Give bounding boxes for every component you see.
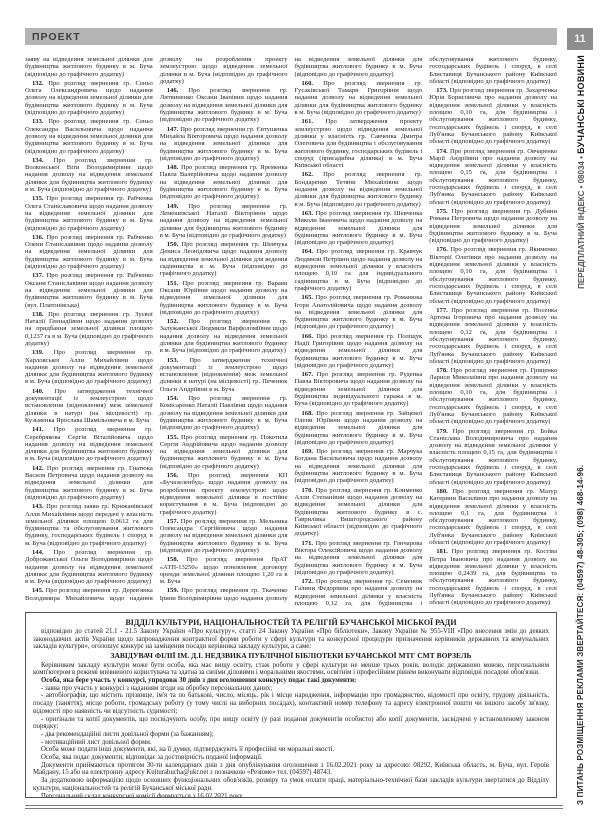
agenda-item: 134. Про розгляд звернення гр. Волконськ… [25, 157, 153, 193]
announcement-box: ВІДДІЛ КУЛЬТУРИ, НАЦІОНАЛЬНОСТЕЙ ТА РЕЛІ… [25, 612, 557, 798]
agenda-item: 175. Про розгляд звернення гр. Дубини Ро… [429, 208, 557, 244]
agenda-item: 136. Про розгляд звернення гр. Рабченко … [25, 234, 153, 270]
agenda-columns: заяву на відведення земельної ділянки дл… [25, 56, 557, 608]
agenda-item: 148. Про розгляд звернення гр. Яременка … [160, 164, 288, 200]
agenda-item: 174. Про розгляд звернення гр. Овчаренко… [429, 148, 557, 206]
agenda-item: 158. Про розгляд звернення ПрАТ «АТП-132… [160, 556, 288, 585]
page-title: ПРОЕКТ [25, 31, 81, 43]
agenda-item: 141. Про розгляд звернення гр. Серебряко… [25, 426, 153, 462]
agenda-item: 170. Про розгляд звернення гр. Клименко … [295, 487, 423, 538]
agenda-item: 143. Про розгляд заяви гр. Крижанівської… [25, 503, 153, 547]
agenda-item: 160. Про розгляд звернення гр. Гусаківсь… [295, 80, 423, 116]
agenda-item: 161. Про затвердження проекту землеустро… [295, 118, 423, 169]
announcement-notes: Особа може подати інші документи, які, н… [33, 746, 549, 798]
announcement-title: ВІДДІЛ КУЛЬТУРИ, НАЦІОНАЛЬНОСТЕЙ ТА РЕЛІ… [33, 618, 549, 627]
document-list-item: - заява про участь у конкурсі з наданням… [33, 685, 549, 693]
announcement-requirements: Керівником закладу культури може бути ос… [33, 662, 549, 677]
agenda-item: 176. Про розгляд звернення гр. Якименко … [429, 246, 557, 304]
agenda-item: 171. Про розгляд звернення гр. Гончарова… [295, 540, 423, 576]
agenda-item: 180. Про розгляд звернення гр. Мазур Кат… [429, 488, 557, 546]
agenda-item: 132. Про розгляд звернення гр. Сеньо Оле… [25, 80, 153, 116]
agenda-item: 157. Про розгляд звернення гр. Мельника … [160, 518, 288, 554]
agenda-item: 153. Про затвердження технічної документ… [160, 357, 288, 393]
agenda-item: 166. Про розгляд звернення гр. Поліщук Н… [295, 333, 423, 369]
announcement-note: Особа, яка подає документи, відповідає з… [33, 754, 549, 762]
agenda-item: 169. Про розгляд звернення гр. Марчука Б… [295, 448, 423, 484]
agenda-item: 152. Про розгляд звернення гр. Залужансь… [160, 318, 288, 354]
agenda-item: 135. Про розгляд звернення гр. Рабченка … [25, 195, 153, 231]
announcement-position: ЗАВІДУВАЧ ФІЛІЇ ІМ. Д.І. НЕДЗВИКА ПУБЛІЧ… [33, 652, 549, 661]
agenda-item: 162. Про розгляд звернення гр. Бондаренк… [295, 171, 423, 207]
announcement-intro: відповідно до статей 21.1 - 21.5 Закону … [33, 628, 549, 651]
agenda-item: 154. Про розгляд звернення гр. Комісарен… [160, 395, 288, 431]
subscription-text: ПЕРЕДПЛАТНИЙ ІНДЕКС • 08034 • БУЧАНСЬКІ … [576, 55, 586, 289]
agenda-item-fragment: заяву на відведення земельної ділянки дл… [25, 56, 153, 78]
agenda-item: 173. Про розгляд звернення гр. Захарченк… [429, 87, 557, 145]
agenda-item: 165. Про розгляд звернення гр. Романюка … [295, 294, 423, 330]
bottom-divider [25, 805, 563, 809]
subscription-index: ПЕРЕДПЛАТНИЙ ІНДЕКС • 08034 • [577, 156, 586, 289]
agenda-item: 139. Про розгляд звернення гр. Харловськ… [25, 349, 153, 385]
agenda-item: 150. Про розгляд звернення гр. Шевчука Д… [160, 241, 288, 277]
announcement-documents-list: - заява про участь у конкурсі з наданням… [33, 685, 549, 747]
page-header-bar: ПРОЕКТ [25, 28, 557, 45]
agenda-item: 164. Про розгляд звернення гр. Кравчук Л… [295, 248, 423, 292]
agenda-item: 151. Про розгляд звернення гр. Варави Ок… [160, 280, 288, 316]
agenda-item: 140. Про затвердження технічної документ… [25, 388, 153, 424]
agenda-item: 181. Про розгляд звернення гр. Костіва П… [429, 548, 557, 606]
page-number-badge: 11 [567, 28, 593, 50]
document-list-item: - оригінали та копії документів, що посв… [33, 716, 549, 731]
document-list-item: - автобіографія, що містить прізвище, ім… [33, 692, 549, 715]
agenda-item: 133. Про розгляд звернення гр. Сеньо Оле… [25, 118, 153, 154]
agenda-item: 147. Про розгляд звернення гр. Євтушенка… [160, 126, 288, 162]
agenda-item: 138. Про розгляд звернення гр. Зуєвої На… [25, 311, 153, 347]
agenda-item: 137. Про розгляд звернення гр. Рабченко … [25, 272, 153, 308]
announcement-note: Особа може подати інші документи, які, н… [33, 746, 549, 754]
document-list-item: - два рекомендаційні листи довільної фор… [33, 731, 549, 739]
agenda-item: 168. Про розгляд звернення гр. Зайцевої … [295, 410, 423, 446]
newspaper-name: БУЧАНСЬКІ НОВИНИ [576, 55, 586, 154]
agenda-item: 179. Про розгляд звернення гр. Бойка Ста… [429, 428, 557, 486]
agenda-item: 167. Про розгляд звернення гр. Руденка П… [295, 371, 423, 407]
agenda-item: 142. Про розгляд звернення гр. Гнатюка В… [25, 465, 153, 501]
agenda-item: 178. Про розгляд звернення гр. Гриценко … [429, 367, 557, 425]
right-edge-strip: З ПИТАНЬ РОЗМІЩЕННЯ РЕКЛАМИ ЗВЕРТАЙТЕСЯ:… [572, 55, 589, 805]
announcement-note: За додатковою інформацією щодо основних … [33, 777, 549, 792]
agenda-item: 155. Про розгляд звернення гр. Покотила … [160, 434, 288, 470]
document-list-item: - мотиваційний лист довільної форми. [33, 739, 549, 747]
agenda-item: 144. Про розгляд звернення гр. Доброжанс… [25, 549, 153, 585]
agenda-item: 146. Про розгляд звернення гр. Литвиненк… [160, 87, 288, 123]
announcement-docs-heading: Особа, яка бере участь у конкурсі, упрод… [33, 677, 549, 685]
agenda-item: 156. Про розгляд звернення КП «Бучазелен… [160, 472, 288, 516]
agenda-item: 149. Про розгляд звернення гр. Лемешевсь… [160, 203, 288, 239]
ads-contact-text: З ПИТАНЬ РОЗМІЩЕННЯ РЕКЛАМИ ЗВЕРТАЙТЕСЯ:… [576, 465, 585, 805]
agenda-item: 163. Про розгляд звернення гр. Шевченка … [295, 210, 423, 246]
announcement-note: Персональний склад конкурсної комісії фо… [33, 793, 549, 798]
agenda-item: 177. Про розгляд звернення гр. Носенка А… [429, 307, 557, 365]
announcement-note: Документи приймаються протягом 30-ти кал… [33, 762, 549, 777]
